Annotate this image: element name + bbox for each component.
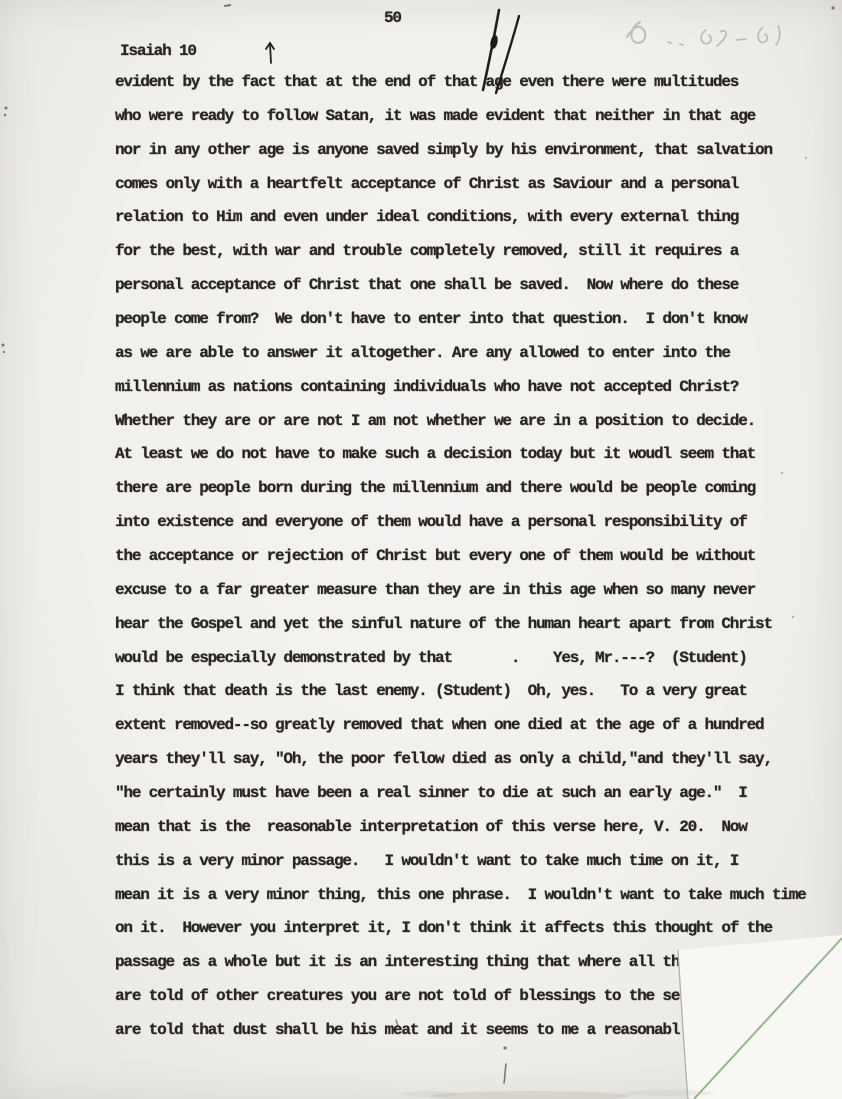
text-line: I think that death is the last enemy. (S… [115, 675, 835, 709]
text-line: into existence and everyone of them woul… [115, 506, 835, 540]
text-line: passage as a whole but it is an interest… [115, 946, 835, 980]
bottom-smudge [400, 1090, 715, 1099]
body-text: evident by the fact that at the end of t… [115, 66, 835, 1048]
header-dagger-mark [266, 43, 274, 63]
text-line: years they'll say, "Oh, the poor fellow … [115, 743, 835, 777]
text-line: for the best, with war and trouble compl… [115, 235, 835, 269]
text-line: relation to Him and even under ideal con… [115, 201, 835, 235]
text-line: mean that is the reasonable interpretati… [115, 811, 835, 845]
text-line: would be especially demonstrated by that… [115, 642, 835, 676]
text-line: people come from? We don't have to enter… [115, 303, 835, 337]
text-line: excuse to a far greater measure than the… [115, 574, 835, 608]
text-line: as we are able to answer it altogether. … [115, 337, 835, 371]
text-line: millennium as nations containing individ… [115, 371, 835, 405]
text-line: are told of other creatures you are not … [115, 980, 835, 1014]
text-line: comes only with a heartfelt acceptance o… [115, 168, 835, 202]
text-line: "he certainly must have been a real sinn… [115, 777, 835, 811]
text-line: hear the Gospel and yet the sinful natur… [115, 608, 835, 642]
text-line: who were ready to follow Satan, it was m… [115, 100, 835, 134]
text-line: extent removed--so greatly removed that … [115, 709, 835, 743]
text-line: At least we do not have to make such a d… [115, 438, 835, 472]
text-line: are told that dust shall be his meat and… [115, 1014, 835, 1048]
document-header: Isaiah 10 [120, 41, 196, 61]
text-line: evident by the fact that at the end of t… [115, 66, 835, 100]
text-line: nor in any other age is anyone saved sim… [115, 134, 835, 168]
page-number: 50 [384, 8, 401, 28]
text-line: there are people born during the millenn… [115, 472, 835, 506]
text-line: Whether they are or are not I am not whe… [115, 405, 835, 439]
text-line: on it. However you interpret it, I don't… [115, 912, 835, 946]
text-line: personal acceptance of Christ that one s… [115, 269, 835, 303]
scanned-document-page: 50 Isaiah 10 evident by the fact that at… [0, 0, 842, 1099]
text-line: mean it is a very minor thing, this one … [115, 879, 835, 913]
text-line: this is a very minor passage. I wouldn't… [115, 845, 835, 879]
text-line: the acceptance or rejection of Christ bu… [115, 540, 835, 574]
handwriting-scribble [627, 22, 780, 46]
